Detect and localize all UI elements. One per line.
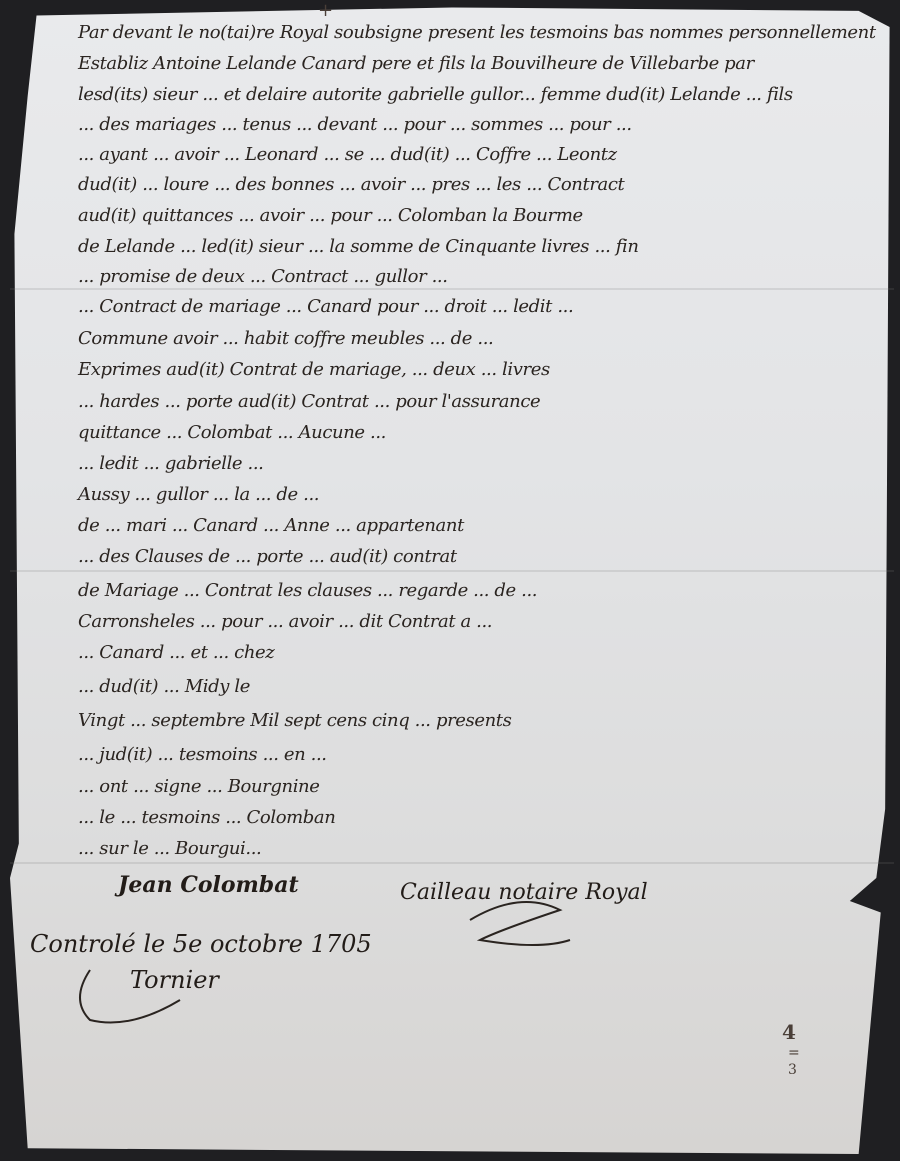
signature-flourish-icon — [460, 880, 580, 960]
control-flourish-icon — [70, 960, 200, 1030]
text-line: Establiz Antoine Lelande Canard pere et … — [78, 53, 754, 74]
page-marker: + — [318, 0, 333, 21]
fold-line — [10, 288, 894, 290]
text-line: de ... mari ... Canard ... Anne ... appa… — [78, 515, 464, 536]
text-line: ... Contract de mariage ... Canard pour … — [78, 296, 573, 317]
text-line: ... ayant ... avoir ... Leonard ... se .… — [78, 144, 617, 165]
control-note: Controlé le 5e octobre 1705 — [30, 930, 372, 958]
margin-mark: = — [788, 1045, 800, 1061]
text-line: Aussy ... gullor ... la ... de ... — [78, 484, 319, 505]
text-line: de Mariage ... Contrat les clauses ... r… — [78, 580, 537, 601]
text-line: Vingt ... septembre Mil sept cens cinq .… — [78, 710, 511, 731]
text-line: Par devant le no(tai)re Royal soubsigne … — [78, 22, 876, 43]
text-line: dud(it) ... loure ... des bonnes ... avo… — [78, 174, 624, 195]
text-line: de Lelande ... led(it) sieur ... la somm… — [78, 236, 639, 257]
text-line: Exprimes aud(it) Contrat de mariage, ...… — [78, 359, 550, 380]
text-line: ... ledit ... gabrielle ... — [78, 453, 263, 474]
text-line: lesd(its) sieur ... et delaire autorite … — [78, 84, 793, 105]
text-line: ... sur le ... Bourgui... — [78, 838, 261, 859]
text-line: quittance ... Colombat ... Aucune ... — [78, 422, 386, 443]
text-line: ... dud(it) ... Midy le — [78, 676, 250, 697]
margin-mark: 3 — [788, 1062, 797, 1078]
text-line: ... des Clauses de ... porte ... aud(it)… — [78, 546, 457, 567]
text-line: Carronsheles ... pour ... avoir ... dit … — [78, 611, 492, 632]
text-line: ... promise de deux ... Contract ... gul… — [78, 266, 448, 287]
text-line: Commune avoir ... habit coffre meubles .… — [78, 328, 493, 349]
fold-line — [10, 570, 894, 572]
text-line: ... ont ... signe ... Bourgnine — [78, 776, 320, 797]
signature-party: Jean Colombat — [118, 872, 299, 898]
margin-mark: 4 — [782, 1020, 796, 1044]
text-line: ... des mariages ... tenus ... devant ..… — [78, 114, 632, 135]
text-line: ... jud(it) ... tesmoins ... en ... — [78, 744, 327, 765]
text-line: ... le ... tesmoins ... Colomban — [78, 807, 335, 828]
text-line: ... Canard ... et ... chez — [78, 642, 274, 663]
fold-line — [10, 862, 894, 864]
text-line: ... hardes ... porte aud(it) Contrat ...… — [78, 391, 540, 412]
text-line: aud(it) quittances ... avoir ... pour ..… — [78, 205, 583, 226]
